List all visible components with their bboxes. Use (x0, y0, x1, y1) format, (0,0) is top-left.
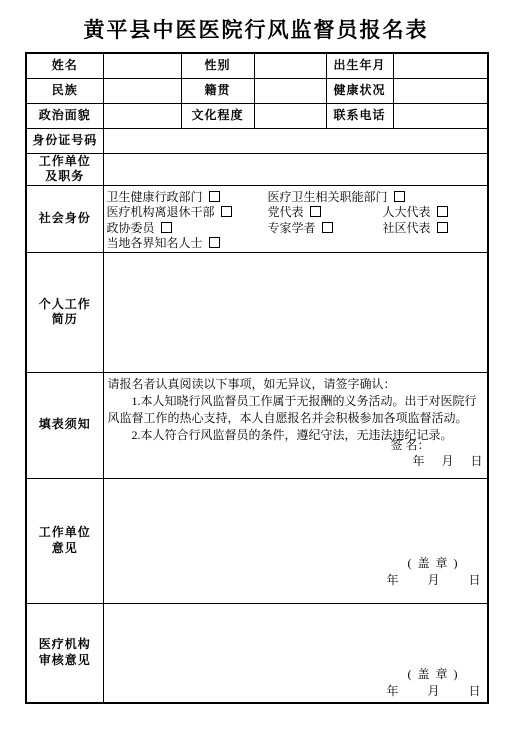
stamp-block: ( 盖 章 ) 年 月 日 (387, 666, 481, 700)
form-page: 黄平县中医医院行风监督员报名表 姓名 性别 出生年月 民族 籍贯 健康状况 政治… (0, 0, 512, 729)
checkbox-icon[interactable] (394, 191, 405, 202)
checkbox-icon[interactable] (322, 222, 333, 233)
option-label: 医疗机构离退休干部 (107, 205, 215, 219)
table-row: 身份证号码 (26, 128, 488, 153)
checkbox-icon[interactable] (161, 222, 172, 233)
option-npc-representative[interactable]: 人大代表 (383, 205, 488, 221)
table-row: 姓名 性别 出生年月 (26, 53, 488, 78)
input-cell-health-status[interactable] (393, 78, 488, 103)
checkbox-icon[interactable] (221, 206, 232, 217)
input-cell-gender[interactable] (254, 53, 326, 78)
input-cell-education-level[interactable] (254, 103, 326, 128)
option-medical-related-dept[interactable]: 医疗卫生相关职能部门 (268, 190, 488, 206)
stamp-placeholder: ( 盖 章 ) (387, 555, 481, 572)
input-cell-name[interactable] (103, 53, 181, 78)
field-label-social-identity: 社会身份 (26, 185, 103, 252)
label-line: 意见 (27, 541, 103, 557)
work-unit-opinion-cell[interactable]: ( 盖 章 ) 年 月 日 (103, 478, 488, 603)
medical-review-opinion-cell[interactable]: ( 盖 章 ) 年 月 日 (103, 603, 488, 703)
instructions-item-1: 1.本人知晓行风监督员工作属于无报酬的义务活动。出于对医院行风监督工作的热心支持… (108, 393, 483, 427)
field-label-political-status: 政治面貌 (26, 103, 103, 128)
field-label-work-unit-opinion: 工作单位 意见 (26, 478, 103, 603)
field-label-native-place: 籍贯 (181, 78, 254, 103)
table-row: 社会身份 卫生健康行政部门 医疗卫生相关职能部门 医疗机构离退休干部 党代表 (26, 185, 488, 252)
input-cell-contact-phone[interactable] (393, 103, 488, 128)
option-party-representative[interactable]: 党代表 (268, 205, 383, 221)
signature-label: 签 名： (391, 437, 483, 453)
field-label-medical-review-opinion: 医疗机构 审核意见 (26, 603, 103, 703)
checkbox-option-grid: 卫生健康行政部门 医疗卫生相关职能部门 医疗机构离退休干部 党代表 人大代表 (104, 186, 488, 252)
date-placeholder: 年 月 日 (387, 683, 481, 700)
table-row: 政治面貌 文化程度 联系电话 (26, 103, 488, 128)
field-label-gender: 性别 (181, 53, 254, 78)
label-line: 工作单位 (27, 525, 103, 541)
social-identity-options: 卫生健康行政部门 医疗卫生相关职能部门 医疗机构离退休干部 党代表 人大代表 (103, 185, 488, 252)
field-label-personal-resume: 个人工作 简历 (26, 252, 103, 372)
table-row: 填表须知 请报名者认真阅读以下事项，如无异议，请签字确认： 1.本人知晓行风监督… (26, 372, 488, 478)
input-cell-id-number[interactable] (103, 128, 488, 153)
form-title: 黄平县中医医院行风监督员报名表 (0, 14, 512, 44)
label-line: 工作单位 (27, 154, 103, 170)
option-label: 医疗卫生相关职能部门 (268, 190, 388, 204)
table-row: 医疗机构 审核意见 ( 盖 章 ) 年 月 日 (26, 603, 488, 703)
option-health-admin-dept[interactable]: 卫生健康行政部门 (107, 190, 268, 206)
option-label: 社区代表 (383, 221, 431, 235)
option-label: 人大代表 (383, 205, 431, 219)
filling-instructions-content: 请报名者认真阅读以下事项，如无异议，请签字确认： 1.本人知晓行风监督员工作属于… (103, 372, 488, 478)
table-row: 民族 籍贯 健康状况 (26, 78, 488, 103)
instructions-intro: 请报名者认真阅读以下事项，如无异议，请签字确认： (108, 376, 483, 393)
table-row: 个人工作 简历 (26, 252, 488, 372)
table-row: 工作单位 意见 ( 盖 章 ) 年 月 日 (26, 478, 488, 603)
label-line: 及职务 (27, 169, 103, 185)
option-label: 政协委员 (107, 221, 155, 235)
registration-form-table: 姓名 性别 出生年月 民族 籍贯 健康状况 政治面貌 文化程度 联系电话 身份证… (25, 52, 489, 704)
label-line: 审核意见 (27, 653, 103, 669)
field-label-filling-instructions: 填表须知 (26, 372, 103, 478)
date-placeholder: 年 月 日 (387, 572, 481, 589)
label-line: 个人工作 (27, 297, 103, 313)
field-label-contact-phone: 联系电话 (326, 103, 393, 128)
field-label-id-number: 身份证号码 (26, 128, 103, 153)
checkbox-icon[interactable] (209, 237, 220, 248)
date-placeholder: 年 月 日 (413, 453, 483, 469)
option-label: 卫生健康行政部门 (107, 190, 203, 204)
signature-block: 签 名： 年 月 日 (391, 437, 483, 469)
table-row: 工作单位 及职务 (26, 153, 488, 185)
field-label-ethnicity: 民族 (26, 78, 103, 103)
option-expert-scholar[interactable]: 专家学者 (268, 221, 383, 237)
label-line: 简历 (27, 312, 103, 328)
checkbox-icon[interactable] (310, 206, 321, 217)
option-label: 党代表 (268, 205, 304, 219)
option-label: 专家学者 (268, 221, 316, 235)
checkbox-icon[interactable] (437, 206, 448, 217)
option-label: 当地各界知名人士 (107, 236, 203, 250)
option-retired-medical-cadre[interactable]: 医疗机构离退休干部 (107, 205, 268, 221)
checkbox-icon[interactable] (209, 191, 220, 202)
field-label-health-status: 健康状况 (326, 78, 393, 103)
field-label-education-level: 文化程度 (181, 103, 254, 128)
stamp-placeholder: ( 盖 章 ) (387, 666, 481, 683)
input-cell-personal-resume[interactable] (103, 252, 488, 372)
checkbox-icon[interactable] (437, 222, 448, 233)
stamp-block: ( 盖 章 ) 年 月 日 (387, 555, 481, 589)
option-cppcc-member[interactable]: 政协委员 (107, 221, 268, 237)
label-line: 医疗机构 (27, 637, 103, 653)
input-cell-work-unit-position[interactable] (103, 153, 488, 185)
field-label-birthdate: 出生年月 (326, 53, 393, 78)
option-local-notable[interactable]: 当地各界知名人士 (107, 236, 488, 252)
input-cell-ethnicity[interactable] (103, 78, 181, 103)
input-cell-political-status[interactable] (103, 103, 181, 128)
input-cell-birthdate[interactable] (393, 53, 488, 78)
input-cell-native-place[interactable] (254, 78, 326, 103)
option-community-representative[interactable]: 社区代表 (383, 221, 488, 237)
field-label-work-unit-position: 工作单位 及职务 (26, 153, 103, 185)
instructions-text: 请报名者认真阅读以下事项，如无异议，请签字确认： 1.本人知晓行风监督员工作属于… (104, 373, 488, 444)
field-label-name: 姓名 (26, 53, 103, 78)
